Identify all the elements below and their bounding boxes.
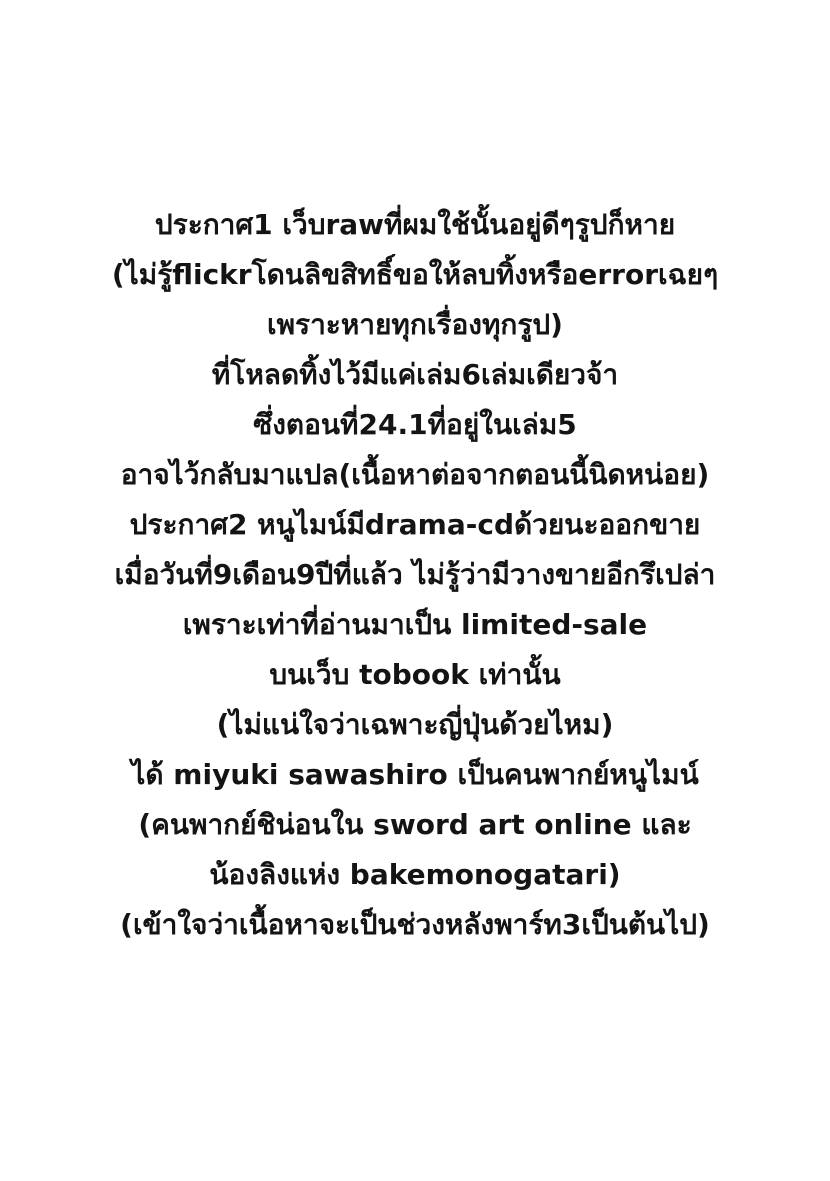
announcement-line-6: อาจไว้กลับมาแปล(เนื้อหาต่อจากตอนนี้นิดหน… [0, 450, 830, 500]
announcement-line-4: ที่โหลดทิ้งไว้มีแค่เล่ม6เล่มเดียวจ้า [0, 350, 830, 400]
announcement-line-15: (เข้าใจว่าเนื้อหาจะเป็นช่วงหลังพาร์ท3เป็… [0, 900, 830, 950]
announcement-line-7: ประกาศ2 หนูไมน์มีdrama-cdด้วยนะออกขาย [0, 500, 830, 550]
announcement-line-3: เพราะหายทุกเรื่องทุกรูป) [0, 300, 830, 350]
announcement-line-11: (ไม่แน่ใจว่าเฉพาะญี่ปุ่นด้วยไหม) [0, 700, 830, 750]
announcement-line-14: น้องลิงแห่ง bakemonogatari) [0, 850, 830, 900]
scanned-page: ประกาศ1 เว็บrawที่ผมใช้นั้นอยู่ดีๆรูปก็ห… [0, 0, 830, 1181]
announcement-line-12: ได้ miyuki sawashiro เป็นคนพากย์หนูไมน์ [0, 750, 830, 800]
announcement-line-5: ซึ่งตอนที่24.1ที่อยู่ในเล่ม5 [0, 400, 830, 450]
announcement-text-block: ประกาศ1 เว็บrawที่ผมใช้นั้นอยู่ดีๆรูปก็ห… [0, 200, 830, 950]
announcement-line-13: (คนพากย์ชิน่อนใน sword art online และ [0, 800, 830, 850]
announcement-line-10: บนเว็บ tobook เท่านั้น [0, 650, 830, 700]
announcement-line-2: (ไม่รู้flickrโดนลิขสิทธิ์ขอให้ลบทิ้งหรือ… [0, 250, 830, 300]
announcement-line-1: ประกาศ1 เว็บrawที่ผมใช้นั้นอยู่ดีๆรูปก็ห… [0, 200, 830, 250]
announcement-line-8: เมื่อวันที่9เดือน9ปีที่แล้ว ไม่รู้ว่ามีว… [0, 550, 830, 600]
announcement-line-9: เพราะเท่าที่อ่านมาเป็น limited-sale [0, 600, 830, 650]
